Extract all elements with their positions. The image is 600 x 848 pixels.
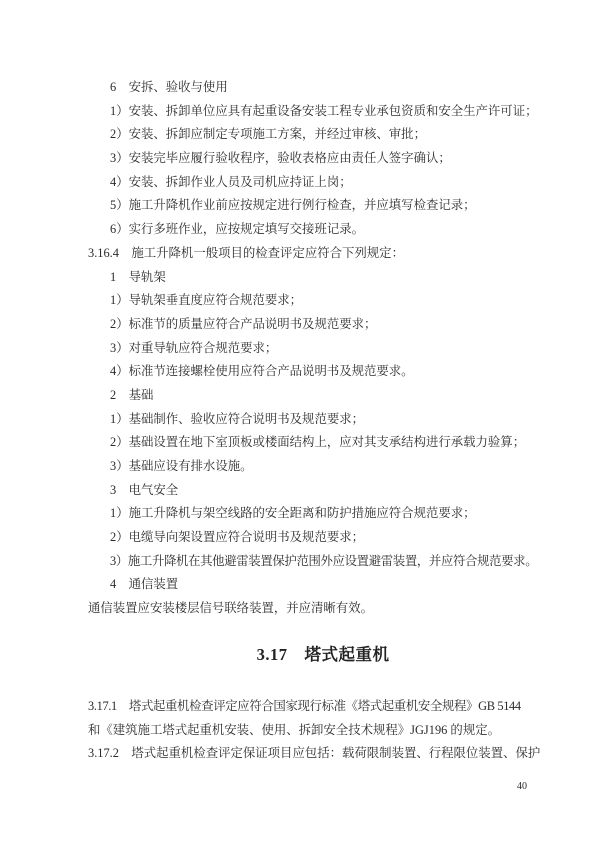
text-line: 2）标准节的质量应符合产品说明书及规范要求；: [88, 313, 558, 337]
document-page: 6 安拆、验收与使用1）安装、拆卸单位应具有起重设备安装工程专业承包资质和安全生…: [0, 0, 600, 848]
text-line: 3.16.4 施工升降机一般项目的检查评定应符合下列规定：: [88, 242, 558, 266]
text-line: 4）标准节连接螺栓使用应符合产品说明书及规范要求。: [88, 360, 558, 384]
text-line: 1）安装、拆卸单位应具有起重设备安装工程专业承包资质和安全生产许可证；: [88, 100, 558, 124]
text-line: 3）对重导轨应符合规范要求；: [88, 337, 558, 361]
text-line: 6 安拆、验收与使用: [88, 76, 558, 100]
text-line: 1）导轨架垂直度应符合规范要求；: [88, 289, 558, 313]
text-line: 1）施工升降机与架空线路的安全距离和防护措施应符合规范要求；: [88, 502, 558, 526]
text-line: 5）施工升降机作业前应按规定进行例行检查，并应填写检查记录；: [88, 194, 558, 218]
text-line: 2）电缆导向架设置应符合说明书及规范要求；: [88, 526, 558, 550]
text-line: 2）安装、拆卸应制定专项施工方案，并经过审核、审批；: [88, 123, 558, 147]
page-number: 40: [517, 781, 527, 793]
text-line: 3.17.1 塔式起重机检查评定应符合国家现行标准《塔式起重机安全规程》GB 5…: [88, 695, 558, 719]
text-line: 3）基础应设有排水设施。: [88, 455, 558, 479]
text-line: 6）实行多班作业，应按规定填写交接班记录。: [88, 218, 558, 242]
text-line: 4 通信装置: [88, 573, 558, 597]
text-line: 和《建筑施工塔式起重机安装、使用、拆卸安全技术规程》JGJ196 的规定。: [88, 719, 558, 743]
document-lines: 6 安拆、验收与使用1）安装、拆卸单位应具有起重设备安装工程专业承包资质和安全生…: [88, 76, 558, 766]
text-line: 2 基础: [88, 384, 558, 408]
text-line: 1 导轨架: [88, 266, 558, 290]
text-line: 3）施工升降机在其他避雷装置保护范围外应设置避雷装置，并应符合规范要求。: [88, 550, 558, 574]
text-line: 3.17.2 塔式起重机检查评定保证项目应包括：载荷限制装置、行程限位装置、保护: [88, 742, 558, 766]
section-heading: 3.17 塔式起重机: [88, 642, 558, 668]
text-line: 3 电气安全: [88, 479, 558, 503]
text-line: 2）基础设置在地下室顶板或楼面结构上，应对其支承结构进行承载力验算；: [88, 431, 558, 455]
text-line: 通信装置应安装楼层信号联络装置，并应清晰有效。: [88, 597, 558, 621]
text-line: 3）安装完毕应履行验收程序，验收表格应由责任人签字确认；: [88, 147, 558, 171]
text-line: 1）基础制作、验收应符合说明书及规范要求；: [88, 408, 558, 432]
text-line: 4）安装、拆卸作业人员及司机应持证上岗；: [88, 171, 558, 195]
